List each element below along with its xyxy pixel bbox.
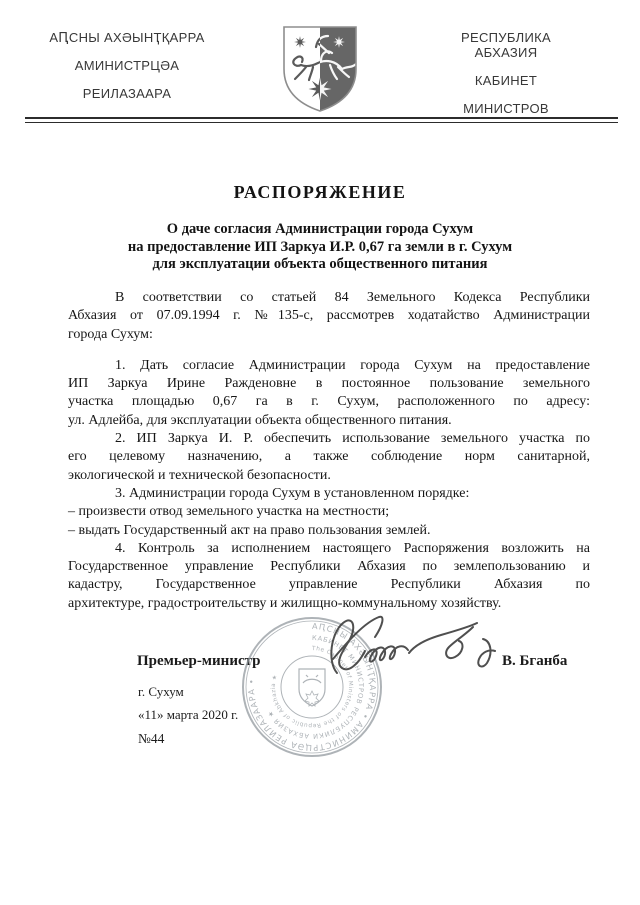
letterhead-line: КАБИНЕТ (434, 74, 578, 89)
paragraph-gap (68, 344, 590, 357)
item-2-line: его целевому назначению, а также соблюде… (68, 448, 590, 466)
signer-name: В. Бганба (502, 653, 567, 670)
item-3-subitem: – произвести отвод земельного участка на… (68, 503, 590, 521)
subject-line: для эксплуатации объекта общественного п… (0, 256, 640, 274)
item-3-line: 3. Администрации города Сухум в установл… (68, 485, 590, 503)
letterhead-abkhaz: АԤСНЫ АХӘЫНҬҚАРРА АМИНИСТРЦӘА РЕИЛАЗААРА (28, 31, 226, 115)
subject-line: О даче согласия Администрации города Сух… (0, 221, 640, 239)
letterhead-line: МИНИСТРОВ (434, 102, 578, 117)
letterhead-line: РЕИЛАЗААРА (28, 87, 226, 102)
letterhead-line: АМИНИСТРЦӘА (28, 59, 226, 74)
item-4-line: кадастру, Государственное управление Рес… (68, 576, 590, 594)
item-3-subitem: – выдать Государственный акт на право по… (68, 522, 590, 540)
stamp-center-shield (299, 669, 325, 706)
document-title: РАСПОРЯЖЕНИЕ (0, 182, 640, 203)
item-2-line: экологической и технической безопасности… (68, 467, 590, 485)
item-1-line: участка площадью 0,67 га в г. Сухум, рас… (68, 393, 590, 411)
item-1-line: ул. Адлейба, для эксплуатации объекта об… (68, 412, 590, 430)
item-4-line: 4. Контроль за исполнением настоящего Ра… (68, 540, 590, 558)
item-1-line: 1. Дать согласие Администрации города Су… (68, 357, 590, 375)
item-2-line: 2. ИП Заркуа И. Р. обеспечить использова… (68, 430, 590, 448)
document-place: г. Сухум (138, 684, 184, 700)
header-divider (25, 117, 618, 123)
intro-line: В соответствии со статьей 84 Земельного … (68, 289, 590, 307)
document-date: «11» марта 2020 г. (138, 707, 238, 723)
intro-line: города Сухум: (68, 326, 590, 344)
abkhazia-coat-of-arms-icon (270, 23, 370, 115)
document-subject: О даче согласия Администрации города Сух… (0, 221, 640, 274)
item-4-line: Государственное управление Республики Аб… (68, 558, 590, 576)
document-number: №44 (138, 731, 164, 747)
letterhead-line: РЕСПУБЛИКА АБХАЗИЯ (434, 31, 578, 60)
handwritten-signature (323, 611, 503, 685)
letterhead-line: АԤСНЫ АХӘЫНҬҚАРРА (28, 31, 226, 46)
intro-line: Абхазия от 07.09.1994 г. №135-с, рассмот… (68, 307, 590, 325)
letterhead-russian: РЕСПУБЛИКА АБХАЗИЯ КАБИНЕТ МИНИСТРОВ (434, 31, 578, 130)
item-1-line: ИП Заркуа Ирине Ражденовне в постоянное … (68, 375, 590, 393)
document-page: АԤСНЫ АХӘЫНҬҚАРРА АМИНИСТРЦӘА РЕИЛАЗААРА (0, 0, 640, 905)
subject-line: на предоставление ИП Заркуа И.Р. 0,67 га… (0, 239, 640, 257)
document-body: В соответствии со статьей 84 Земельного … (68, 289, 590, 613)
